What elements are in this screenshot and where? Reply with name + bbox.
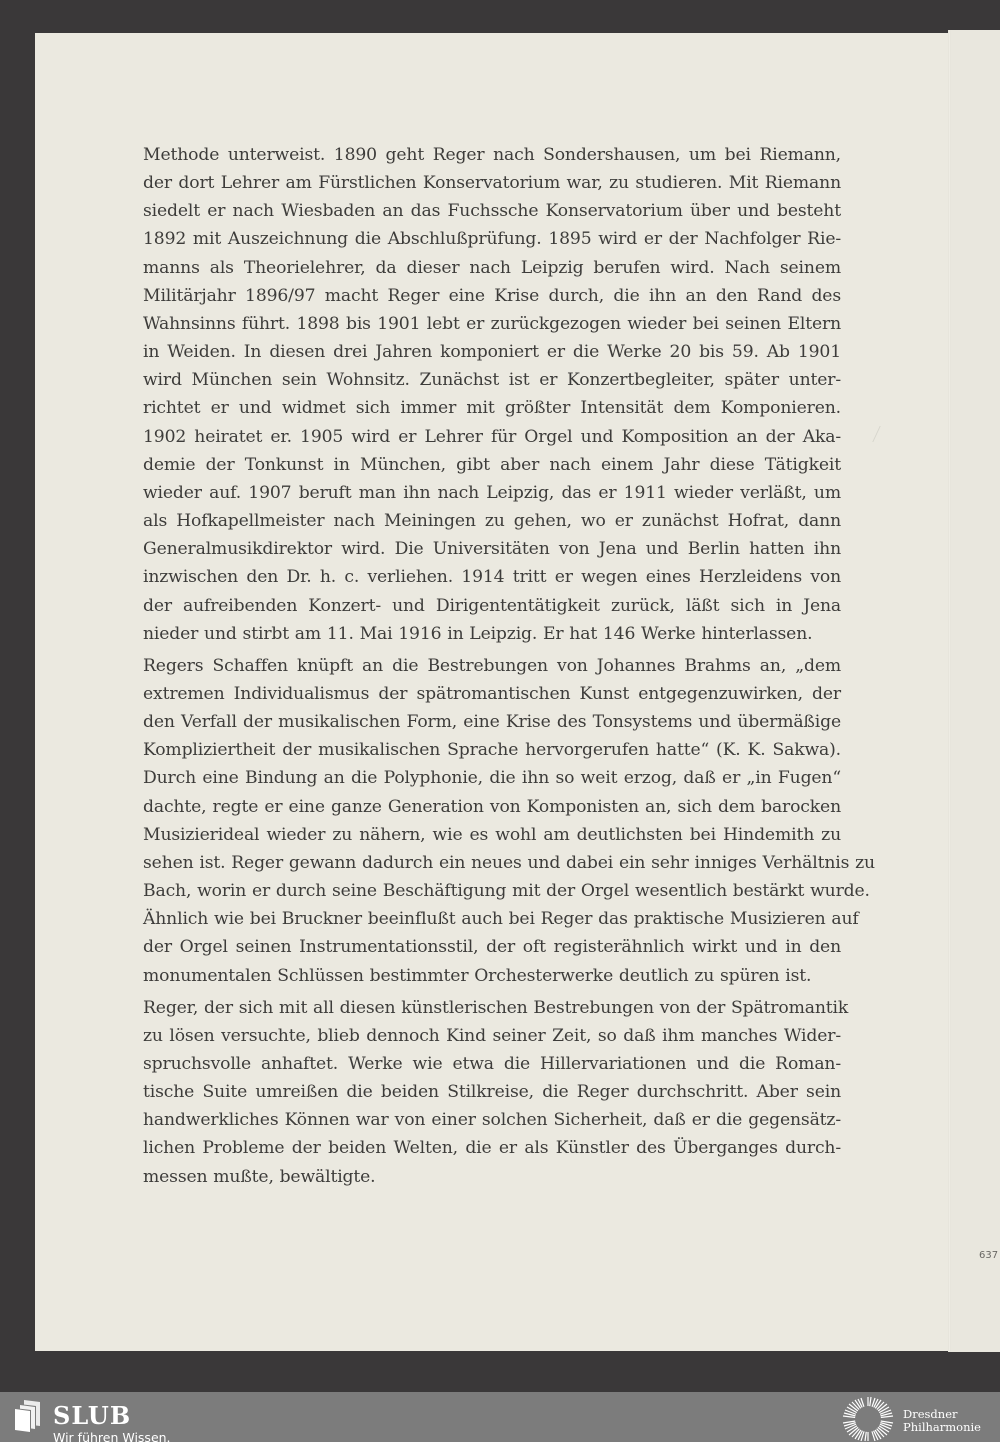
dresdner-philharmonie-logo[interactable]: Dresdner Philharmonie — [840, 1394, 1000, 1442]
text-line: 1902 heiratet er. 1905 wird er Lehrer fü… — [143, 423, 841, 451]
text-line: sehen ist. Reger gewann dadurch ein neue… — [143, 849, 841, 877]
text-line: als Hofkapellmeister nach Meiningen zu g… — [143, 507, 841, 535]
text-line: tische Suite umreißen die beiden Stilkre… — [143, 1078, 841, 1106]
page-number: 637 — [979, 1250, 998, 1261]
text-line: Ähnlich wie bei Bruckner beeinflußt auch… — [143, 905, 841, 933]
text-line: messen mußte, bewältigte. — [143, 1163, 841, 1191]
text-line: dachte, regte er eine ganze Generation v… — [143, 793, 841, 821]
dp-name-line1: Dresdner — [903, 1408, 981, 1421]
sunburst-ring-icon — [842, 1396, 894, 1442]
body-text: Methode unterweist. 1890 geht Reger nach… — [143, 141, 841, 1195]
paragraph-biography: Methode unterweist. 1890 geht Reger nach… — [143, 141, 841, 648]
text-line: der aufreibenden Konzert- und Dirigenten… — [143, 592, 841, 620]
paragraph-conclusion: Reger, der sich mit all diesen künstleri… — [143, 994, 841, 1191]
text-line: extremen Individualismus der spätromanti… — [143, 680, 841, 708]
book-pages-icon — [14, 1399, 44, 1433]
text-line: Regers Schaffen knüpft an die Bestrebung… — [143, 652, 841, 680]
dresdner-philharmonie-name: Dresdner Philharmonie — [903, 1408, 981, 1433]
text-line: monumentalen Schlüssen bestimmter Orches… — [143, 962, 841, 990]
text-line: der Orgel seinen Instrumentationsstil, d… — [143, 933, 841, 961]
text-line: demie der Tonkunst in München, gibt aber… — [143, 451, 841, 479]
text-line: zu lösen versuchte, blieb dennoch Kind s… — [143, 1022, 841, 1050]
footer-bar: SLUB Wir führen Wissen. — [0, 1392, 1000, 1442]
slub-name: SLUB — [53, 1403, 131, 1429]
text-line: Generalmusikdirektor wird. Die Universit… — [143, 535, 841, 563]
text-line: Methode unterweist. 1890 geht Reger nach… — [143, 141, 841, 169]
text-line: Kompliziertheit der musikalischen Sprach… — [143, 736, 841, 764]
text-line: lichen Probleme der beiden Welten, die e… — [143, 1134, 841, 1162]
slub-tagline: Wir führen Wissen. — [53, 1431, 171, 1442]
text-line: wieder auf. 1907 beruft man ihn nach Lei… — [143, 479, 841, 507]
text-line: manns als Theorielehrer, da dieser nach … — [143, 254, 841, 282]
facing-page-edge — [950, 30, 1000, 1352]
text-line: Militärjahr 1896/97 macht Reger eine Kri… — [143, 282, 841, 310]
text-line: wird München sein Wohnsitz. Zunächst ist… — [143, 366, 841, 394]
text-line: den Verfall der musikalischen Form, eine… — [143, 708, 841, 736]
text-line: siedelt er nach Wiesbaden an das Fuchssc… — [143, 197, 841, 225]
paragraph-influence: Regers Schaffen knüpft an die Bestrebung… — [143, 652, 841, 990]
text-line: Reger, der sich mit all diesen künstleri… — [143, 994, 841, 1022]
text-line: Durch eine Bindung an die Polyphonie, di… — [143, 764, 841, 792]
text-line: richtet er und widmet sich immer mit grö… — [143, 394, 841, 422]
page-fold — [948, 30, 951, 1352]
text-line: Wahnsinns führt. 1898 bis 1901 lebt er z… — [143, 310, 841, 338]
text-line: in Weiden. In diesen drei Jahren komponi… — [143, 338, 841, 366]
text-line: Musizierideal wieder zu nähern, wie es w… — [143, 821, 841, 849]
dp-name-line2: Philharmonie — [903, 1421, 981, 1434]
text-line: der dort Lehrer am Fürstlichen Konservat… — [143, 169, 841, 197]
text-line: 1892 mit Auszeichnung die Abschlußprüfun… — [143, 225, 841, 253]
text-line: Bach, worin er durch seine Beschäftigung… — [143, 877, 841, 905]
text-line: spruchsvolle anhaftet. Werke wie etwa di… — [143, 1050, 841, 1078]
text-line: inzwischen den Dr. h. c. verliehen. 1914… — [143, 563, 841, 591]
text-line: nieder und stirbt am 11. Mai 1916 in Lei… — [143, 620, 841, 648]
text-line: handwerkliches Können war von einer solc… — [143, 1106, 841, 1134]
